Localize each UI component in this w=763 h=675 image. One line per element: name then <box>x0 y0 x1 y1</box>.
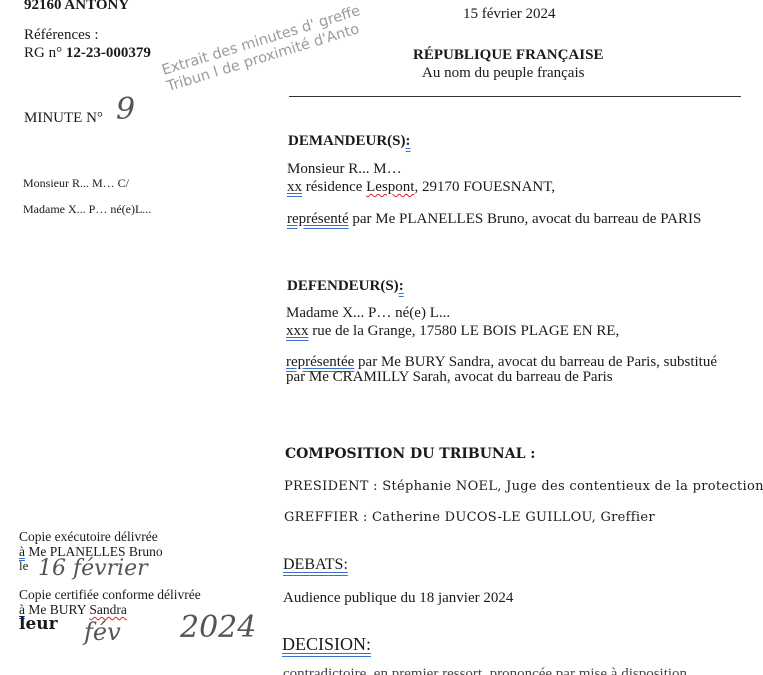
decision-date: 15 février 2024 <box>463 6 555 23</box>
defendeur-representation: représentée par Me BURY Sandra, avocat d… <box>286 355 717 385</box>
sidebar-party-2: Madame X... P… né(e)L... <box>23 202 151 217</box>
greffe-stamp: Extrait des minutes d' greffe Tribun l d… <box>160 3 368 96</box>
copy-certifiee-handwritten-month: fév <box>84 618 121 646</box>
rg-prefix: RG n° <box>24 45 62 61</box>
references-label: Références : <box>24 27 99 44</box>
header-divider <box>289 96 741 97</box>
copy-certifiee-line1: Copie certifiée conforme délivrée <box>19 587 201 603</box>
defendeur-address: xxx rue de la Grange, 17580 LE BOIS PLAG… <box>286 323 619 340</box>
decision-heading: DECISION: <box>282 634 371 655</box>
copy-executoire-le: le <box>19 558 28 574</box>
composition-president: PRESIDENT : Stéphanie NOEL, Juge des con… <box>284 479 763 494</box>
court-city: 92160 ANTONY <box>24 0 129 14</box>
composition-heading: COMPOSITION DU TRIBUNAL : <box>285 446 535 462</box>
copy-certifiee-handwritten-year: 2024 <box>180 610 256 645</box>
republic-heading: RÉPUBLIQUE FRANÇAISE <box>413 47 603 64</box>
debats-heading: DEBATS: <box>283 556 348 574</box>
demandeur-heading: DEMANDEUR(S): <box>288 133 411 150</box>
minute-handwritten-number: 9 <box>116 92 135 127</box>
copy-executoire-handwritten-date: 16 février <box>38 556 148 581</box>
copy-executoire-line1: Copie exécutoire délivrée <box>19 529 158 545</box>
defendeur-name: Madame X... P… né(e) L... <box>286 305 450 322</box>
republic-subtitle: Au nom du peuple français <box>422 65 584 82</box>
minute-label: MINUTE N° <box>24 110 103 127</box>
demandeur-representation: représenté par Me PLANELLES Bruno, avoca… <box>287 211 701 228</box>
debats-text: Audience publique du 18 janvier 2024 <box>283 590 513 607</box>
rg-number: 12-23-000379 <box>66 45 151 61</box>
rg-reference: RG n° 12-23-000379 <box>24 45 151 62</box>
sidebar-party-1: Monsieur R... M… C/ <box>23 176 129 191</box>
demandeur-address: xx résidence Lespont, 29170 FOUESNANT, <box>287 179 555 196</box>
defendeur-heading: DEFENDEUR(S): <box>287 278 404 295</box>
composition-greffier: GREFFIER : Catherine DUCOS-LE GUILLOU, G… <box>284 510 655 525</box>
demandeur-name: Monsieur R... M… <box>287 161 402 178</box>
copy-certifiee-leur: leur <box>19 614 58 634</box>
decision-text: contradictoire, en premier ressort, pron… <box>283 666 687 675</box>
